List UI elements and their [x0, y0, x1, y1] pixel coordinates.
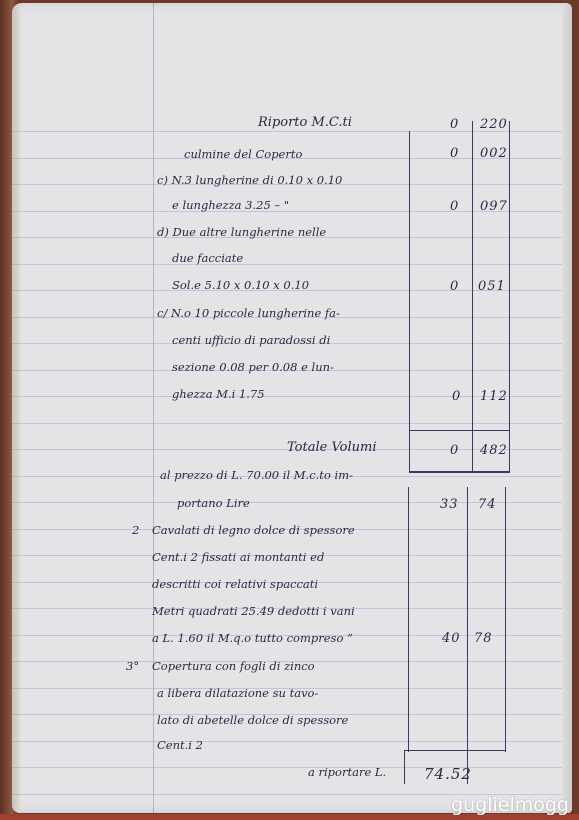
d-dec: 051	[478, 279, 506, 294]
total-top-rule	[409, 430, 510, 431]
ruled-line	[12, 264, 572, 265]
ruled-line	[12, 423, 572, 424]
item2-line-4: Metri quadrati 25.49 dedotti i vani	[152, 604, 355, 618]
row-c1a: c) N.3 lungherine di 0.10 x 0.10	[157, 173, 342, 187]
e-dec: 112	[480, 389, 508, 404]
culmine-int: 0	[450, 146, 459, 161]
column-line-right-2	[505, 487, 506, 752]
row-e4: ghezza M.i 1.75	[172, 387, 265, 401]
item2-number: 2	[132, 523, 139, 537]
item2-line-5: a L. 1.60 il M.q.o tutto compreso ”	[152, 631, 353, 645]
column-line-dec	[472, 121, 473, 473]
d-int: 0	[450, 279, 459, 294]
row-d1: d) Due altre lungherine nelle	[157, 225, 326, 239]
culmine-dec: 002	[480, 146, 508, 161]
item2-line-2: Cent.i 2 fissati ai montanti ed	[152, 550, 324, 564]
riportare-left-rule	[404, 750, 405, 784]
item3-line-2: a libera dilatazione su tavo-	[157, 686, 318, 700]
row-e2: centi ufficio di paradossi di	[172, 333, 330, 347]
price-line-1: al prezzo di L. 70.00 il M.c.to im-	[160, 468, 353, 482]
row-d3: Sol.e 5.10 x 0.10 x 0.10	[172, 278, 309, 292]
price-int: 33	[440, 497, 459, 512]
riportare-label: a riportare L.	[308, 765, 386, 779]
row-culmine: culmine del Coperto	[184, 147, 302, 161]
price-dec: 74	[478, 497, 497, 512]
c1-int: 0	[450, 199, 459, 214]
ruled-line	[12, 741, 572, 742]
row-d2: due facciate	[172, 251, 243, 265]
riporto-label: Riporto M.C.ti	[258, 115, 352, 130]
watermark: guglielmogg	[451, 794, 569, 816]
column-line-int-2	[408, 487, 409, 752]
riporto-dec: 220	[480, 117, 508, 132]
ledger-page: Riporto M.C.ti 0 220 culmine del Coperto…	[12, 3, 572, 813]
e-int: 0	[452, 389, 461, 404]
column-line-int	[409, 131, 410, 473]
row-e3: sezione 0.08 per 0.08 e lun-	[172, 360, 334, 374]
riporto-int: 0	[450, 117, 459, 132]
row-e1: c/ N.o 10 piccole lungherine fa-	[157, 306, 340, 320]
c1-dec: 097	[480, 199, 508, 214]
item2-int: 40	[442, 631, 461, 646]
column-line-dec-2	[467, 487, 468, 752]
ruled-line	[12, 767, 572, 768]
total-volumi-dec: 482	[480, 443, 508, 458]
column-line-right	[509, 121, 510, 473]
item2-dec: 78	[474, 631, 493, 646]
item3-line-4: Cent.i 2	[157, 738, 203, 752]
riportare-top-rule	[404, 750, 506, 751]
row-c1b: e lunghezza 3.25 – "	[172, 198, 289, 212]
item3-line-3: lato di abetelle dolce di spessore	[157, 713, 348, 727]
item2-line-1: Cavalati di legno dolce di spessore	[152, 523, 355, 537]
riportare-value: 74.52	[424, 765, 472, 783]
item3-number: 3°	[126, 659, 139, 673]
margin-line	[153, 3, 154, 813]
price-line-2: portano Lire	[177, 496, 250, 510]
item2-line-3: descritti coi relativi spaccati	[152, 577, 318, 591]
total-volumi-label: Totale Volumi	[287, 440, 376, 455]
total-bottom-rule	[409, 471, 510, 473]
total-volumi-int: 0	[450, 443, 459, 458]
item3-line-1: Copertura con fogli di zinco	[152, 659, 315, 673]
